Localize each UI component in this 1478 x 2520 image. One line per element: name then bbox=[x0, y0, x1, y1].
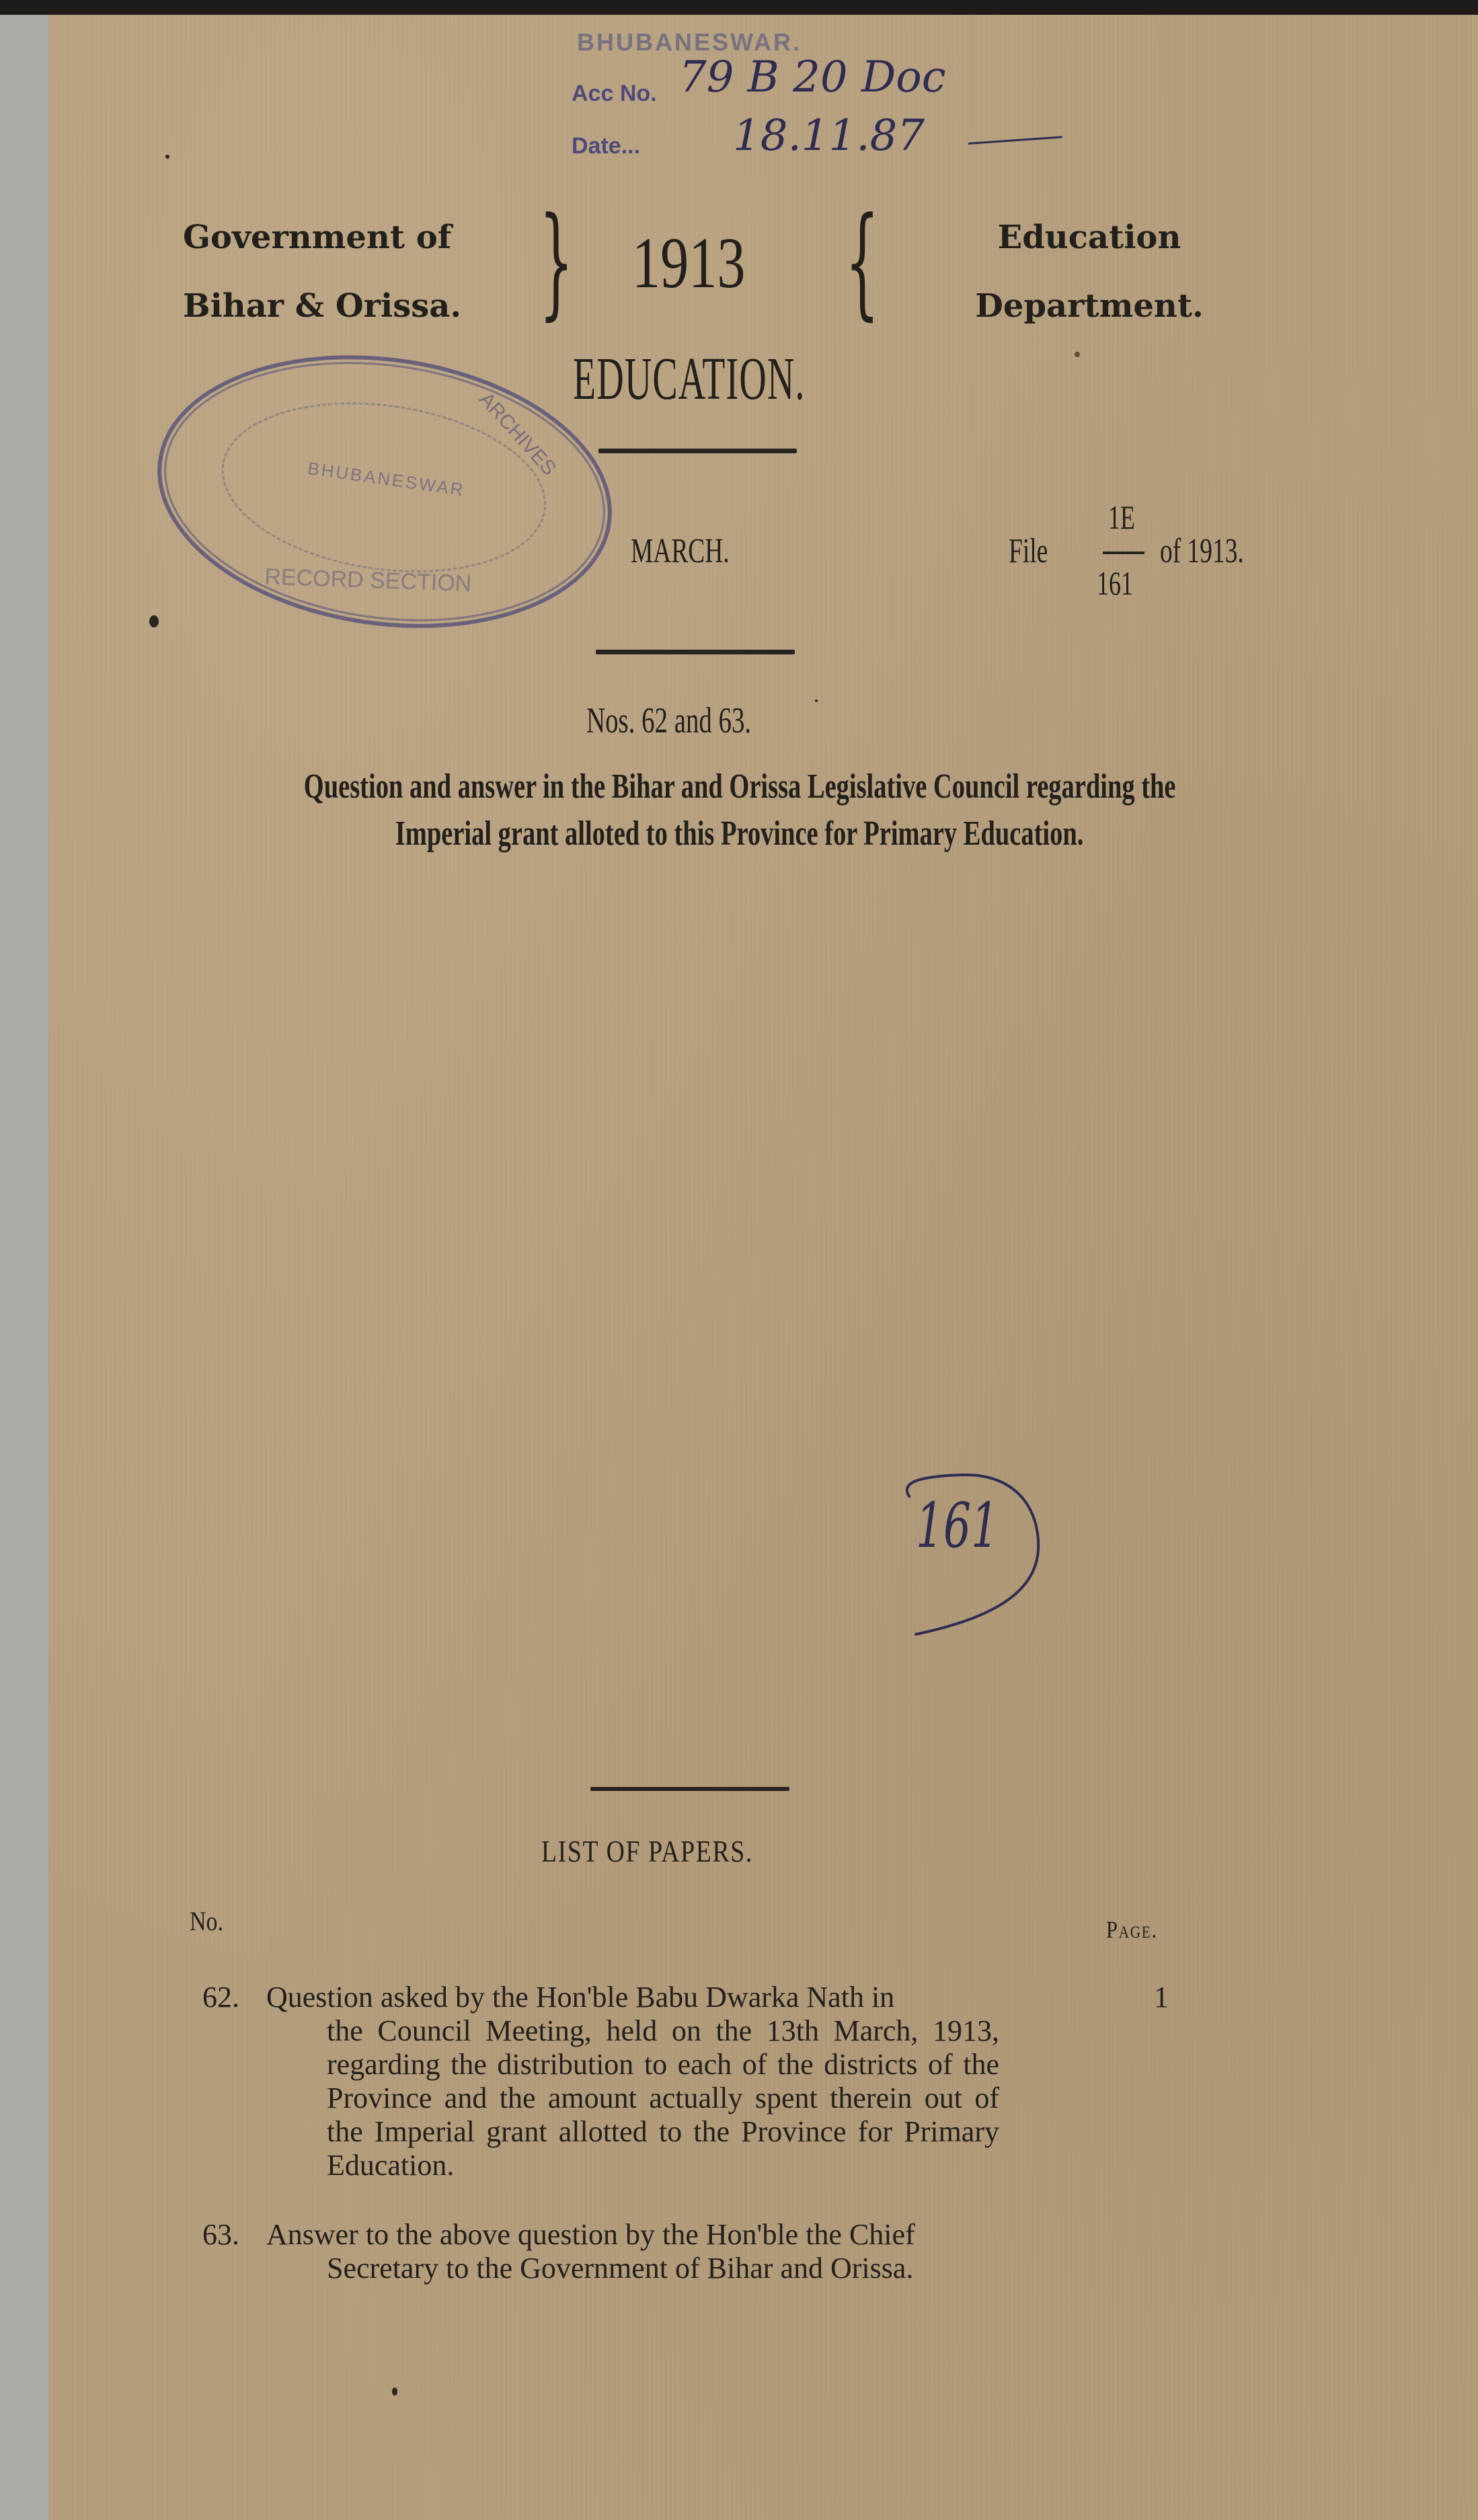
header-department-line1: Education bbox=[955, 203, 1224, 272]
list-item-page: 1 bbox=[1154, 1981, 1169, 2014]
header-government-line2: Bihar & Orissa. bbox=[183, 272, 492, 340]
header-department: Education Department. bbox=[955, 203, 1224, 340]
file-label: File bbox=[1009, 531, 1048, 571]
file-numerator: 1E bbox=[1107, 498, 1136, 537]
list-divider bbox=[590, 1787, 789, 1791]
list-item-first-line: Question asked by the Hon'ble Babu Dwark… bbox=[266, 1981, 999, 2014]
column-header-no: No. bbox=[190, 1905, 223, 1937]
list-item-body: Secretary to the Government of Bihar and… bbox=[266, 2252, 999, 2285]
header-government: Government of Bihar & Orissa. bbox=[183, 203, 492, 340]
list-item-first-line: Answer to the above question by the Hon'… bbox=[266, 2218, 999, 2252]
handwritten-circled-number: 161 bbox=[889, 1449, 1050, 1638]
column-header-page: Page. bbox=[1106, 1915, 1158, 1944]
list-item-number: 63. bbox=[152, 2218, 239, 2252]
header-department-line2: Department. bbox=[955, 272, 1224, 340]
file-denominator: 161 bbox=[1095, 564, 1134, 603]
right-brace-icon: } bbox=[539, 202, 574, 323]
file-year-suffix: of 1913. bbox=[1160, 531, 1244, 571]
left-brace-icon: { bbox=[845, 202, 880, 323]
list-item-description: Answer to the above question by the Hon'… bbox=[266, 2218, 999, 2285]
accession-date-label: Date... bbox=[572, 133, 640, 159]
list-item-description: Question asked by the Hon'ble Babu Dwark… bbox=[266, 1981, 999, 2182]
accession-number-label: Acc No. bbox=[572, 81, 657, 107]
header-year: 1913 bbox=[632, 222, 745, 305]
subject-line-1: Question and answer in the Bihar and Ori… bbox=[304, 763, 1176, 810]
header-government-line1: Government of bbox=[183, 203, 492, 272]
list-item-number: 62. bbox=[152, 1981, 239, 2014]
month-label: MARCH. bbox=[631, 531, 730, 571]
accession-number-handwritten: 79 B 20 Doc bbox=[679, 52, 946, 102]
subject-description: Question and answer in the Bihar and Ori… bbox=[141, 763, 1338, 857]
subject-line-2: Imperial grant alloted to this Province … bbox=[395, 810, 1084, 857]
file-fraction-bar bbox=[1103, 551, 1144, 554]
handwritten-number: 161 bbox=[916, 1490, 999, 1562]
list-of-papers-title: LIST OF PAPERS. bbox=[541, 1833, 753, 1869]
title-divider bbox=[598, 449, 797, 453]
document-numbers: Nos. 62 and 63. bbox=[586, 699, 751, 741]
list-item-body: the Council Meeting, held on the 13th Ma… bbox=[266, 2014, 999, 2182]
accession-date-handwritten: 18.11.87 bbox=[733, 111, 925, 161]
section-divider bbox=[596, 650, 795, 654]
